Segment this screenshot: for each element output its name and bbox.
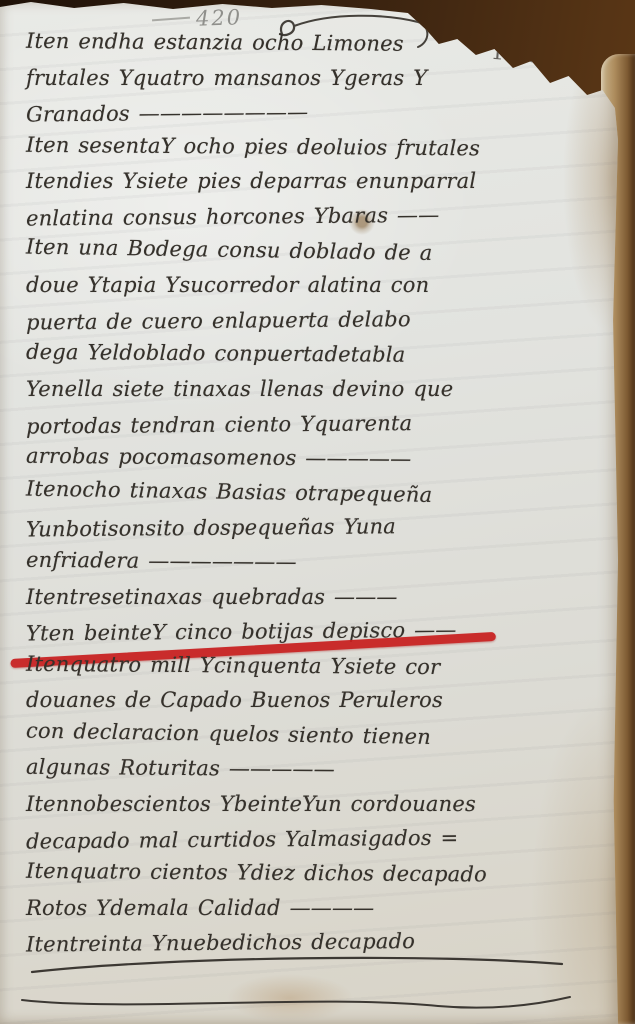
manuscript-line: Itendies Ysiete pies deparras enunparral (26, 164, 591, 199)
manuscript-line: frutales Yquatro mansanos Ygeras Y (26, 61, 591, 96)
pencil-dash-mark (152, 17, 190, 22)
manuscript-line: Itentresetinaxas quebradas ——— (26, 580, 591, 615)
manuscript-line: Yenella siete tinaxas llenas devino que (26, 372, 591, 407)
manuscript-line: Itenquatro mill Ycinquenta Ysiete cor (26, 646, 591, 685)
manuscript-line: enfriadera ——————— (26, 543, 591, 582)
manuscript-line: Rotos Ydemala Calidad ———— (26, 891, 591, 926)
photo-background: 420 76 135 Iten endha estanzia ocho Limo… (0, 0, 635, 1024)
manuscript-line: dega Yeldoblado conpuertadetabla (26, 335, 591, 374)
manuscript-page: 420 76 135 Iten endha estanzia ocho Limo… (0, 0, 618, 1024)
manuscript-line: Itennobescientos YbeinteYun cordouanes (26, 787, 591, 822)
manuscript-line: Iten una Bodega consu doblado de a (26, 229, 591, 272)
manuscript-line: Itenquatro cientos Ydiez dichos decapado (26, 854, 591, 893)
manuscript-line: Iten sesentaY ocho pies deoluios frutale… (26, 128, 591, 167)
manuscript-line: portodas tendran ciento Yquarenta (26, 404, 591, 444)
manuscript-text: Iten endha estanzia ocho Limonesfrutales… (26, 26, 591, 960)
manuscript-line: Iten endha estanzia ocho Limones (26, 24, 591, 63)
manuscript-line: doue Ytapia Ysucorredor alatina con (26, 268, 591, 303)
manuscript-line: Yunbotisonsito dospequeñas Yuna (26, 508, 591, 548)
manuscript-line: decapado mal curtidos Yalmasigados = (26, 819, 591, 859)
manuscript-line: douanes de Capado Buenos Peruleros (26, 683, 591, 718)
manuscript-line: algunas Roturitas ————— (26, 750, 591, 789)
manuscript-line: Granados ———————— (26, 93, 591, 133)
manuscript-line: puerta de cuero enlapuerta delabo (26, 300, 591, 340)
bottom-flourish-line (18, 952, 598, 1018)
manuscript-line-highlighted: Yten beinteY cinco botijas depisco —— (26, 612, 591, 652)
